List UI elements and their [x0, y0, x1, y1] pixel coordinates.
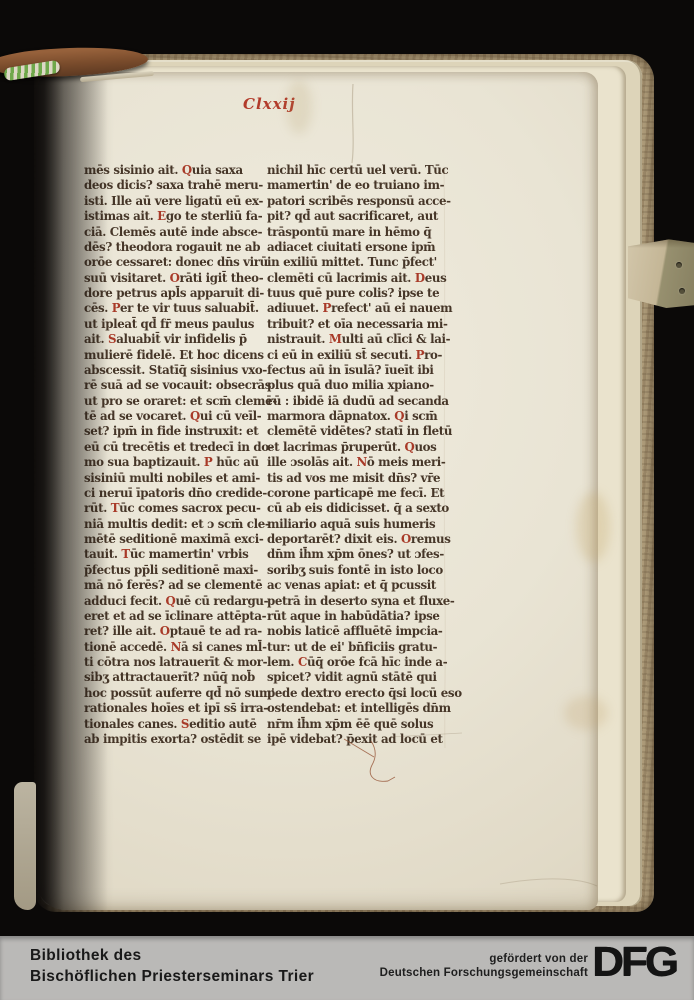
rubricated-initial: T [111, 501, 119, 515]
ink-text: ait. [84, 332, 108, 346]
ink-text: er te vir tuus saluabit̄. [120, 301, 259, 315]
manuscript-line: p̄fectus pp̄li seditionē maxi- [84, 563, 256, 578]
rubricated-initial: Q [182, 163, 192, 177]
ink-text: ro- [424, 348, 442, 362]
ink-text: ui cū veīl- [200, 409, 261, 423]
manuscript-line: ab impitis exorta? ostēdit se [84, 732, 256, 747]
manuscript-line: abscessit. Statīq̄ sisinius vxo- [84, 363, 256, 378]
manuscript-line: dn̄m ih̄m xp̄m ōnes? ut ɔfes- [267, 547, 445, 562]
rubricated-initial: P [416, 348, 425, 362]
library-line-2: Bischöflichen Priesterseminars Trier [30, 966, 314, 987]
rubricated-initial: C [298, 655, 307, 669]
manuscript-line: ille ɔsolās ait. Nō meis meri- [267, 455, 445, 470]
manuscript-line: ostendebat: et intelligēs dn̄m [267, 701, 445, 716]
manuscript-line: tionē accedē. Nā si canes ml̄- [84, 640, 256, 655]
ink-text: clemēti cū lacrimis ait. [267, 271, 415, 285]
manuscript-line: cēs. Per te vir tuus saluabit̄. [84, 301, 256, 316]
manuscript-line: tur: ut de ei' bn̄ficiis gratu- [267, 640, 445, 655]
manuscript-line: deportarēt? dixit eis. Oremus [267, 532, 445, 547]
manuscript-line: cū ab eis didicisset. q̄ a sexto [267, 501, 445, 516]
funding-line-2: Deutschen Forschungsgemeinschaft [380, 967, 588, 981]
manuscript-line: ait. Saluabit̄ vir infidelis p̄ [84, 332, 256, 347]
ink-text: et lacrimas p̄ruperūt. [267, 440, 405, 454]
manuscript-line: niā multis dedit: et ɔ scm̄ cle- [84, 517, 256, 532]
rubricated-initial: O [170, 271, 180, 285]
manuscript-scan-view: Clxxij mēs sisinio ait. Quia saxadeos di… [0, 0, 694, 1000]
ink-text: ūq̄ orōe fcā hīc inde a- [307, 655, 447, 669]
rubricated-initial: O [401, 532, 411, 546]
ink-text: cēs. [84, 301, 112, 315]
manuscript-line: tribuit? et oīa necessaria mi- [267, 317, 445, 332]
rubricated-initial: D [415, 271, 425, 285]
manuscript-line: isti. Ille aū vere ligatū eū ex- [84, 194, 256, 209]
manuscript-line: mulierē fidelē. Et hoc dicens [84, 348, 256, 363]
manuscript-line: pit? qd̄ aut sacrificaret, aut [267, 209, 445, 224]
rubricated-initial: N [171, 640, 181, 654]
ink-text: ptauē te ad ra- [170, 624, 262, 638]
manuscript-line: nr̄m ih̄m xp̄m ēē quē solus [267, 717, 445, 732]
ink-text: uia saxa [192, 163, 243, 177]
ink-text: adiuuet. [267, 301, 323, 315]
manuscript-line: tē ad se vocaret. Qui cū veīl- [84, 409, 256, 424]
manuscript-line: rūt. Tūc comes sacrox pecu- [84, 501, 256, 516]
ink-text: istimas ait. [84, 209, 157, 223]
manuscript-line: corone particapē me fecī. Et [267, 486, 445, 501]
manuscript-line: et lacrimas p̄ruperūt. Quos [267, 440, 445, 455]
ink-text: adduci fecit. [84, 594, 166, 608]
manuscript-line: tauit. Tūc mamertin' vrbis [84, 547, 256, 562]
rubricated-initial: S [181, 717, 189, 731]
rubricated-initial: N [356, 455, 366, 469]
manuscript-line: nobis laticē affluētē impcia- [267, 624, 445, 639]
ink-text: ulti aū clīci & lai- [342, 332, 451, 346]
folio-number: Clxxij [243, 95, 296, 113]
manuscript-line: mēs sisinio ait. Quia saxa [84, 163, 256, 178]
manuscript-line: sibʒ attractauerīt? nūq̄ nob̄ [84, 670, 256, 685]
manuscript-line: mo sua baptizauit. P hūc aū [84, 455, 256, 470]
ink-text: ūc mamertin' vrbis [130, 547, 249, 561]
dfg-logo: DFG [592, 940, 676, 985]
text-column-right: nichil hīc certū uel verū. Tūcmamertin' … [267, 163, 445, 747]
ink-text: mo sua baptizauit. [84, 455, 204, 469]
funding-credit: gefördert von der Deutschen Forschungsge… [380, 953, 588, 980]
manuscript-line: tis ad vos me misit dn̄s? vr̄e [267, 471, 445, 486]
rubricated-initial: S [108, 332, 116, 346]
manuscript-line: ipē videbat? p̄exit ad locū et [267, 732, 445, 747]
rubricated-initial: Q [190, 409, 200, 423]
library-line-1: Bibliothek des [30, 945, 314, 966]
manuscript-line: sisiniū multi nobiles et ami- [84, 471, 256, 486]
manuscript-line: eret et ad se īclinare attēpta- [84, 609, 256, 624]
ink-text: hūc aū [212, 455, 258, 469]
manuscript-line: nichil hīc certū uel verū. Tūc [267, 163, 445, 178]
manuscript-line: orōe cessaret: donec dn̄s virū [84, 255, 256, 270]
ink-text: suū visitaret. [84, 271, 170, 285]
rubricated-initial: Q [405, 440, 415, 454]
ink-text: nistrauit. [267, 332, 329, 346]
manuscript-line: fectus aū in īsulā? īueīt ibi [267, 363, 445, 378]
manuscript-line: tionales canes. Seditio autē [84, 717, 256, 732]
ink-text: rūt. [84, 501, 111, 515]
footer-bar: Bibliothek des Bischöflichen Priestersem… [0, 936, 694, 1000]
manuscript-line: rūt aque in habūdātia? ipse [267, 609, 445, 624]
rubricated-initial: Q [394, 409, 404, 423]
manuscript-line: clemētē vidētes? statī in fletū [267, 424, 445, 439]
ink-text: ci eū in exiliū st̄ secuti. [267, 348, 416, 362]
manuscript-line: set? ipm̄ in fide instruxit: et [84, 424, 256, 439]
funding-line-1: gefördert von der [380, 953, 588, 967]
rubricated-initial: P [323, 301, 332, 315]
rubricated-initial: T [121, 547, 129, 561]
manuscript-line: istimas ait. Ego te sterliū fa- [84, 209, 256, 224]
ink-text: aluabit̄ vir infidelis p̄ [116, 332, 247, 346]
manuscript-line: ut ipleat̄ qd̄ fr̄ meus paulus [84, 317, 256, 332]
ink-text: refect' aū ei nauem [331, 301, 452, 315]
rubricated-initial: E [157, 209, 166, 223]
manuscript-line: rē suā ad se vocauit: obsecrās [84, 378, 256, 393]
ink-text: tionē accedē. [84, 640, 171, 654]
manuscript-line: plus quā duo milia xpiano- [267, 378, 445, 393]
text-column-left: mēs sisinio ait. Quia saxadeos dicis? sa… [84, 163, 256, 747]
manuscript-line: dore petrus apl̄s apparuit di- [84, 286, 256, 301]
ink-text: i scm̄ [404, 409, 437, 423]
manuscript-line: hoc possūt auferre qd̄ nō sum' [84, 686, 256, 701]
ink-text: ūc comes sacrox pecu- [119, 501, 260, 515]
manuscript-line: ret? ille ait. Optauē te ad ra- [84, 624, 256, 639]
manuscript-line: mētē seditionē maximā exci- [84, 532, 256, 547]
ink-text: ā si canes ml̄- [181, 640, 267, 654]
manuscript-line: dēs? theodora rogauit ne ab [84, 240, 256, 255]
rubricated-initial: P [112, 301, 120, 315]
manuscript-line: petrā in deserto syna et fluxe- [267, 594, 445, 609]
ink-text: uos [414, 440, 436, 454]
manuscript-line: ti cōtra nos latrauerīt & mor- [84, 655, 256, 670]
ink-text: lem. [267, 655, 298, 669]
manuscript-line: spicet? vidit agnū stātē qui [267, 670, 445, 685]
ink-text: ō meis meri- [367, 455, 446, 469]
ink-text: tauit. [84, 547, 121, 561]
manuscript-line: mā nō ferēs? ad se clementē [84, 578, 256, 593]
ink-text: ret? ille ait. [84, 624, 160, 638]
ink-text: marmora dāpnatox. [267, 409, 394, 423]
ink-text: go te sterliū fa- [166, 209, 262, 223]
rivet-icon [679, 288, 685, 294]
ink-text: mēs sisinio ait. [84, 163, 182, 177]
manuscript-line: rationales hoīes et ipī ss̄ irra- [84, 701, 256, 716]
manuscript-line: adiacet ciuitati ersone ipm̄ [267, 240, 445, 255]
clasp-fitting [628, 238, 694, 308]
rubricated-initial: M [329, 332, 342, 346]
manuscript-line: rū : ibidē iā dudū ad secanda [267, 394, 445, 409]
manuscript-line: mamertin' de eo truiano im- [267, 178, 445, 193]
manuscript-page: Clxxij mēs sisinio ait. Quia saxadeos di… [36, 72, 598, 910]
manuscript-line: in exiliū mittet. Tunc p̄fect' [267, 255, 445, 270]
rubricated-initial: O [160, 624, 170, 638]
manuscript-line: ac venas apiat: et q̄ pcussit [267, 578, 445, 593]
manuscript-line: deos dicis? saxa trahē meru- [84, 178, 256, 193]
ink-text: tē ad se vocaret. [84, 409, 190, 423]
ink-text: deportarēt? dixit eis. [267, 532, 401, 546]
facing-page-sliver [14, 782, 36, 910]
ink-text: ille ɔsolās ait. [267, 455, 356, 469]
ink-text: eus [425, 271, 447, 285]
ink-text: editio autē [189, 717, 256, 731]
library-credit: Bibliothek des Bischöflichen Priestersem… [30, 945, 314, 987]
ink-text: tionales canes. [84, 717, 181, 731]
manuscript-line: ut pro se oraret: et scm̄ clemē- [84, 394, 256, 409]
manuscript-line: marmora dāpnatox. Qi scm̄ [267, 409, 445, 424]
manuscript-line: soribʒ suis fontē in isto loco [267, 563, 445, 578]
rivet-icon [676, 262, 682, 268]
manuscript-line: ci eū in exiliū st̄ secuti. Pro- [267, 348, 445, 363]
manuscript-line: nistrauit. Multi aū clīci & lai- [267, 332, 445, 347]
manuscript-line: adiuuet. Prefect' aū ei nauem [267, 301, 445, 316]
manuscript-line: clemēti cū lacrimis ait. Deus [267, 271, 445, 286]
manuscript-line: patori scribēs responsū acce- [267, 194, 445, 209]
manuscript-line: miliario aquā suis humeris [267, 517, 445, 532]
manuscript-line: trāspontū mare in hēmo q̄ [267, 225, 445, 240]
ink-text: remus [411, 532, 451, 546]
manuscript-line: pede dextro erecto q̄si locū eso [267, 686, 445, 701]
manuscript-line: tuus quē pure colis? ipse te [267, 286, 445, 301]
manuscript-line: ci neruī īpatoris dn̄o credide- [84, 486, 256, 501]
manuscript-line: ciā. Clemēs autē inde absce- [84, 225, 256, 240]
manuscript-line: eū cū trecētis et tredecī in do- [84, 440, 256, 455]
manuscript-line: suū visitaret. Orāti igit̄ theo- [84, 271, 256, 286]
rubricated-initial: Q [166, 594, 176, 608]
manuscript-line: lem. Cūq̄ orōe fcā hīc inde a- [267, 655, 445, 670]
manuscript-line: adduci fecit. Quē cū redargu- [84, 594, 256, 609]
ink-text: rāti igit̄ theo- [180, 271, 264, 285]
ink-text: uē cū redargu- [175, 594, 268, 608]
